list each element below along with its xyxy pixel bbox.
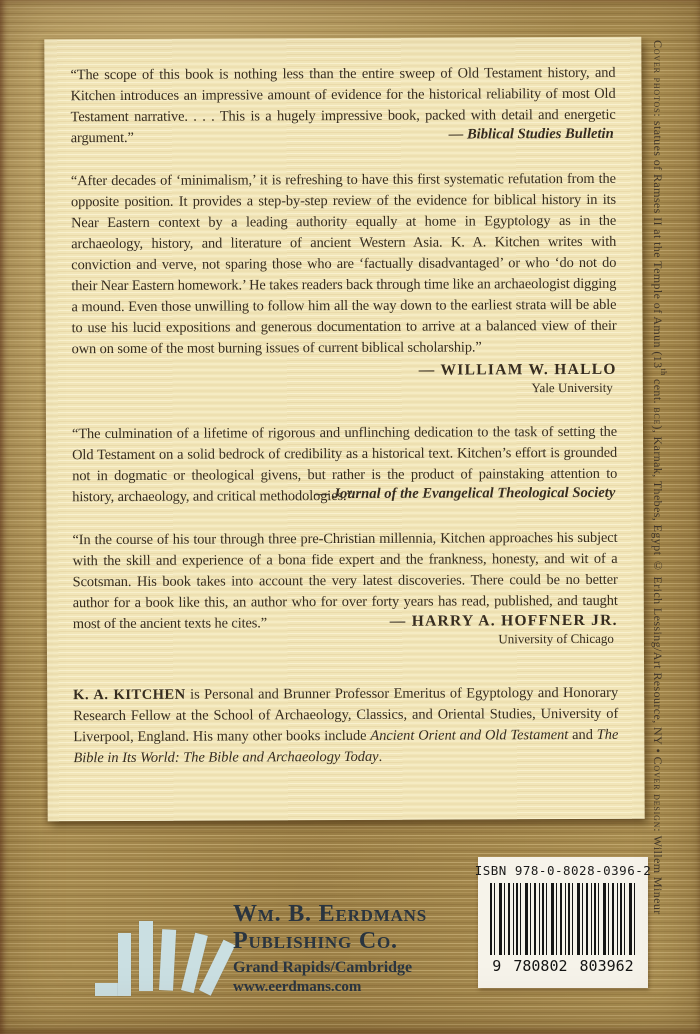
author-name: K. A. KITCHEN xyxy=(73,687,186,703)
credit-text: cent. xyxy=(651,376,665,408)
barcode-icon xyxy=(490,883,636,955)
publisher-block: Wm. B. Eerdmans Publishing Co. Grand Rap… xyxy=(233,901,427,997)
book-spine-icon xyxy=(159,929,176,991)
ordinal-superscript: th xyxy=(659,369,668,376)
barcode-digit-group: 780802 xyxy=(513,957,567,975)
publisher-location: Grand Rapids/Cambridge xyxy=(233,958,427,978)
book-spine-icon xyxy=(139,921,153,991)
credit-text: ), Karnak, Thebes, Egypt © Erich Lessing… xyxy=(651,425,665,745)
publisher-name-line2: Publishing Co. xyxy=(233,928,427,955)
bce-label: bce xyxy=(651,407,665,425)
bio-text: and xyxy=(568,727,597,743)
publisher-name-line1: Wm. B. Eerdmans xyxy=(233,901,427,928)
publisher-website: www.eerdmans.com xyxy=(233,978,427,997)
bullet-separator: • xyxy=(651,745,665,756)
author-bio: K. A. KITCHEN is Personal and Brunner Pr… xyxy=(73,683,618,769)
barcode-digit-group: 803962 xyxy=(580,957,634,975)
barcode-panel: ISBN 978-0-8028-0396-2 9 780802 803962 xyxy=(478,857,648,988)
credit-text: statues of Ramses II at the Temple of Am… xyxy=(651,118,665,369)
barcode-digits: 9 780802 803962 xyxy=(492,957,633,975)
quote-block: “The culmination of a lifetime of rigoro… xyxy=(72,422,617,504)
quote-block: “In the course of his tour through three… xyxy=(72,528,618,649)
quote-block: “After decades of ‘minimalism,’ it is re… xyxy=(71,169,617,398)
quote-text: “After decades of ‘minimalism,’ it is re… xyxy=(71,169,617,360)
book-spine-icon xyxy=(118,933,131,996)
book-title: Ancient Orient and Old Testament xyxy=(370,727,568,744)
book-back-cover: { "quotes": [ { "text": "“The scope of t… xyxy=(0,0,700,1034)
bio-text: . xyxy=(379,749,383,765)
credit-text: Willem Mineur xyxy=(651,832,665,914)
cover-design-label: Cover design: xyxy=(651,757,665,833)
quote-affiliation: Yale University xyxy=(72,380,617,398)
quotes-panel: “The scope of this book is nothing less … xyxy=(44,37,644,822)
isbn-text: ISBN 978-0-8028-0396-2 xyxy=(475,863,652,878)
quote-attribution: — Biblical Studies Bulletin xyxy=(71,126,616,145)
cover-photos-label: Cover photos: xyxy=(651,40,665,118)
quote-attribution: — WILLIAM W. HALLO xyxy=(72,361,617,381)
eerdmans-logo xyxy=(95,918,235,1004)
barcode-digit-group: 9 xyxy=(492,957,501,975)
photo-credit-caption: Cover photos: statues of Ramses II at th… xyxy=(650,40,668,1000)
quote-block: “The scope of this book is nothing less … xyxy=(70,63,615,145)
